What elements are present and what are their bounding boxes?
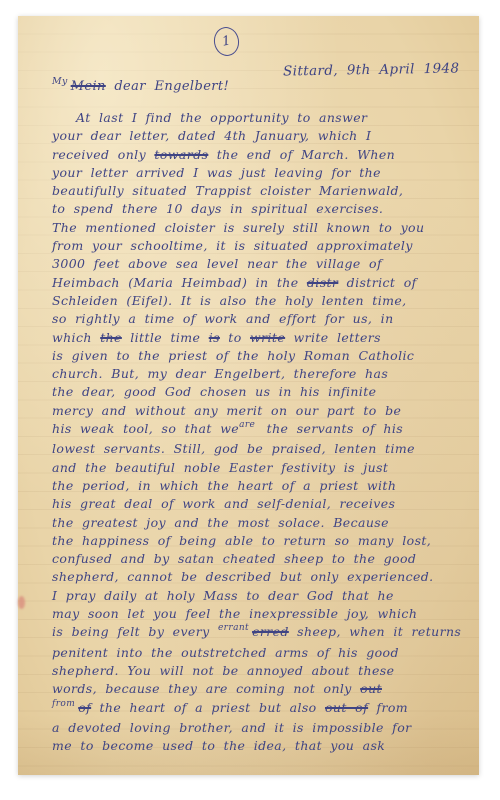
letter-text: the end of March. When <box>208 147 395 162</box>
letter-line: the happiness of being able to return so… <box>52 532 473 550</box>
scanned-letter-page: 1 Sittard, 9th April 1948 MyMein dear En… <box>0 0 500 800</box>
letter-text: shepherd, cannot be described but only e… <box>52 569 434 584</box>
letter-text: his great deal of work and self-denial, … <box>52 496 395 511</box>
struck-word: out of <box>325 700 368 715</box>
letter-paper: 1 Sittard, 9th April 1948 MyMein dear En… <box>18 16 479 775</box>
struck-word: Mein <box>71 79 106 94</box>
letter-text: received only <box>52 147 154 162</box>
letter-text: district of <box>338 275 416 290</box>
letter-text: penitent into the outstretched arms of h… <box>52 645 399 660</box>
letter-line: to spend there 10 days in spiritual exer… <box>52 200 473 218</box>
letter-line: is given to the priest of the holy Roman… <box>52 347 473 365</box>
letter-line: from your schooltime, it is situated app… <box>52 237 473 255</box>
struck-word: write <box>250 330 285 345</box>
letter-text: your letter arrived I was just leaving f… <box>52 165 381 180</box>
letter-text: a devoted loving brother, and it is impo… <box>52 720 412 735</box>
page-number: 1 <box>221 33 232 49</box>
inserted-word: from <box>52 699 75 709</box>
letter-line: is being felt by every erranterred sheep… <box>52 623 473 643</box>
letter-line: his great deal of work and self-denial, … <box>52 495 473 513</box>
letter-text: beautifully situated Trappist cloister M… <box>52 183 403 198</box>
letter-line: and the beautiful noble Easter festivity… <box>52 459 473 477</box>
letter-text: to spend there 10 days in spiritual exer… <box>52 201 383 216</box>
letter-line: 3000 feet above sea level near the villa… <box>52 255 473 273</box>
letter-text: I pray daily at holy Mass to dear God th… <box>52 588 394 603</box>
letter-text: the period, in which the heart of a prie… <box>52 478 396 493</box>
letter-text: is being felt by every <box>52 624 218 639</box>
letter-text: me to become used to the idea, that you … <box>52 738 385 753</box>
letter-line: The mentioned cloister is surely still k… <box>52 219 473 237</box>
letter-line: the dear, good God chosen us in his infi… <box>52 383 473 401</box>
struck-word: is <box>209 330 220 345</box>
letter-line: mercy and without any merit on our part … <box>52 402 473 420</box>
salutation-line: MyMein dear Engelbert! <box>52 79 229 94</box>
letter-text: the happiness of being able to return so… <box>52 533 431 548</box>
letter-line: penitent into the outstretched arms of h… <box>52 644 473 662</box>
letter-text: church. But, my dear Engelbert, therefor… <box>52 366 388 381</box>
letter-text: lowest servants. Still, god be praised, … <box>52 441 415 456</box>
letter-text: the servants of his <box>258 421 403 436</box>
letter-line: Schleiden (Eifel). It is also the holy l… <box>52 292 473 310</box>
letter-text: may soon let you feel the inexpressible … <box>52 606 417 621</box>
inserted-word: My <box>52 76 68 87</box>
letter-line: may soon let you feel the inexpressible … <box>52 605 473 623</box>
inserted-word: are <box>239 420 255 430</box>
letter-text: and the beautiful noble Easter festivity… <box>52 460 388 475</box>
letter-line: lowest servants. Still, god be praised, … <box>52 440 473 458</box>
letter-line: shepherd, cannot be described but only e… <box>52 568 473 586</box>
letter-text: is given to the priest of the holy Roman… <box>52 348 414 363</box>
red-smudge <box>18 596 25 609</box>
letter-line: shepherd. You will not be annoyed about … <box>52 662 473 680</box>
letter-text: which <box>52 330 100 345</box>
letter-line: the greatest joy and the most solace. Be… <box>52 514 473 532</box>
letter-line: fromof the heart of a priest but also ou… <box>52 699 473 719</box>
struck-word: distr <box>307 275 338 290</box>
letter-line: your dear letter, dated 4th January, whi… <box>52 127 473 145</box>
letter-text: Heimbach (Maria Heimbad) in the <box>52 275 307 290</box>
letter-text: the heart of a priest but also <box>91 700 325 715</box>
letter-text: mercy and without any merit on our part … <box>52 403 401 418</box>
letter-line: which the little time is to write write … <box>52 329 473 347</box>
letter-text: sheep, when it returns <box>289 624 461 639</box>
letter-line: received only towards the end of March. … <box>52 146 473 164</box>
letter-text: little time <box>122 330 209 345</box>
letter-text: words, because they are coming not only <box>52 681 360 696</box>
letter-line: At last I find the opportunity to answer <box>52 109 473 127</box>
letter-line: so rightly a time of work and effort for… <box>52 310 473 328</box>
letter-line: words, because they are coming not only … <box>52 680 473 698</box>
letter-body: At last I find the opportunity to answer… <box>52 109 473 755</box>
letter-line: beautifully situated Trappist cloister M… <box>52 182 473 200</box>
letter-text: The mentioned cloister is surely still k… <box>52 220 424 235</box>
letter-line: church. But, my dear Engelbert, therefor… <box>52 365 473 383</box>
letter-text: to <box>220 330 250 345</box>
letter-text: 3000 feet above sea level near the villa… <box>52 256 382 271</box>
struck-word: the <box>100 330 122 345</box>
letter-line: confused and by satan cheated sheep to t… <box>52 550 473 568</box>
letter-text: your dear letter, dated 4th January, whi… <box>52 128 371 143</box>
inserted-word: errant <box>218 623 249 633</box>
letter-text: Schleiden (Eifel). It is also the holy l… <box>52 293 407 308</box>
letter-text: confused and by satan cheated sheep to t… <box>52 551 416 566</box>
letter-line: the period, in which the heart of a prie… <box>52 477 473 495</box>
letter-line: I pray daily at holy Mass to dear God th… <box>52 587 473 605</box>
page-number-badge: 1 <box>212 25 242 58</box>
letter-text: from your schooltime, it is situated app… <box>52 238 413 253</box>
letter-text: the dear, good God chosen us in his infi… <box>52 384 376 399</box>
letter-text: write letters <box>285 330 381 345</box>
letter-line: me to become used to the idea, that you … <box>52 737 473 755</box>
letter-text: At last I find the opportunity to answer <box>76 110 367 125</box>
struck-word: of <box>78 700 91 715</box>
struck-word: erred <box>252 624 289 639</box>
struck-word: towards <box>154 147 208 162</box>
letter-text: the greatest joy and the most solace. Be… <box>52 515 389 530</box>
letter-line: his weak tool, so that weare the servant… <box>52 420 473 440</box>
letter-line: a devoted loving brother, and it is impo… <box>52 719 473 737</box>
letter-text: from <box>368 700 408 715</box>
struck-word: out <box>360 681 382 696</box>
letter-line: Heimbach (Maria Heimbad) in the distr di… <box>52 274 473 292</box>
letter-text: his weak tool, so that we <box>52 421 239 436</box>
letter-text: so rightly a time of work and effort for… <box>52 311 394 326</box>
dateline: Sittard, 9th April 1948 <box>282 60 459 79</box>
letter-text: shepherd. You will not be annoyed about … <box>52 663 394 678</box>
letter-text: dear Engelbert! <box>106 79 229 94</box>
letter-line: your letter arrived I was just leaving f… <box>52 164 473 182</box>
